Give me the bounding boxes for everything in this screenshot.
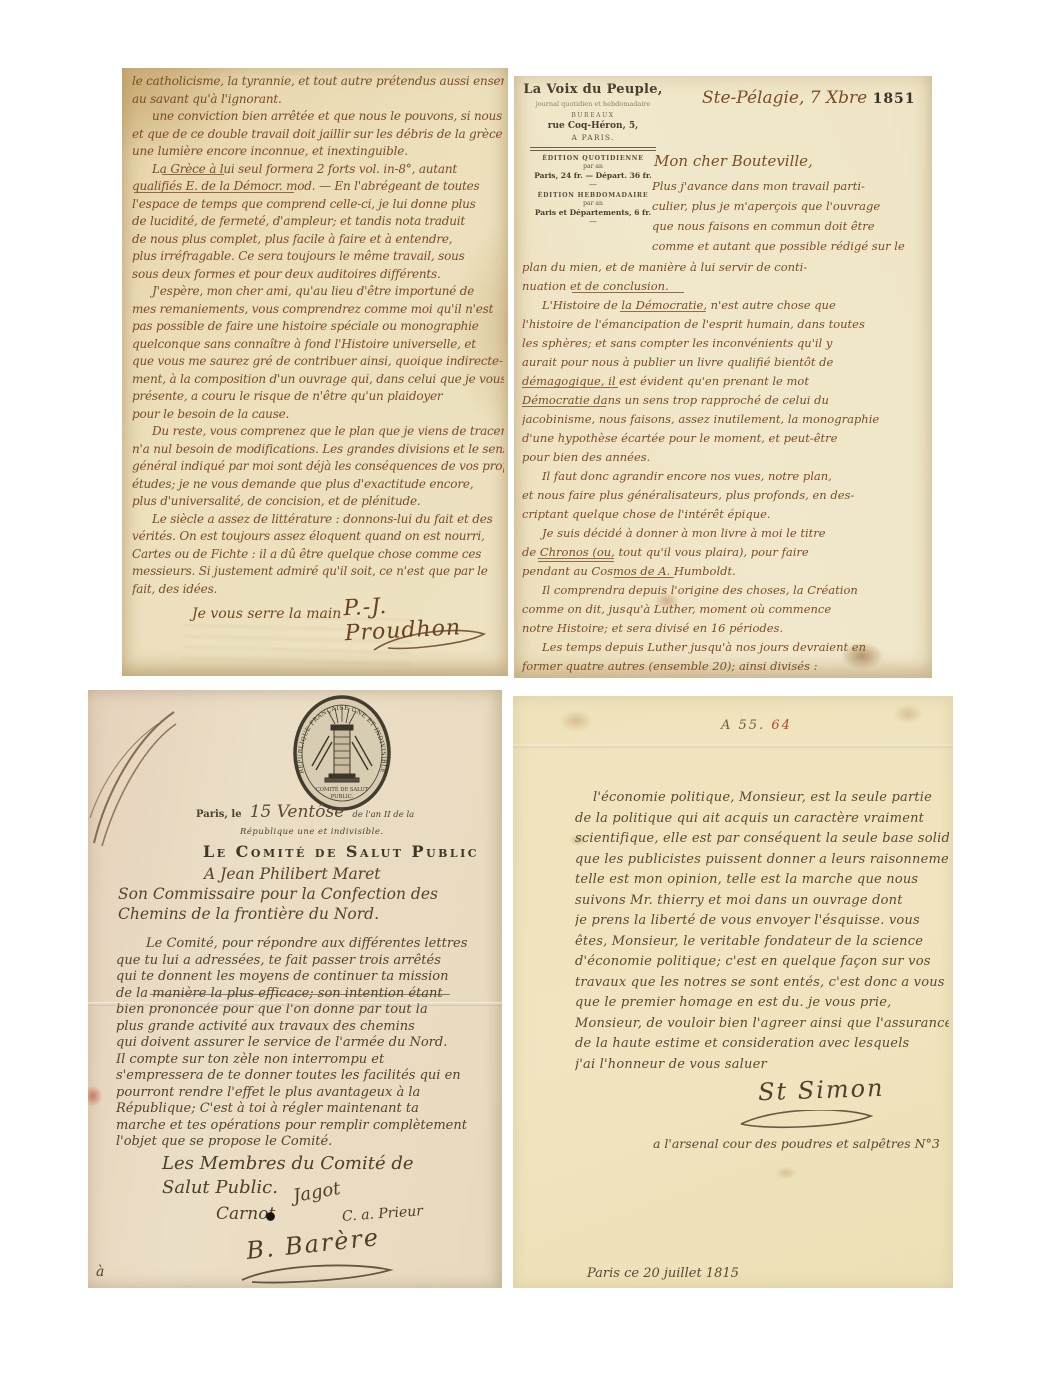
handwriting-line: suivons Mr. thierry et moi dans un ouvra… xyxy=(575,891,949,912)
handwriting-line: s'empressera de te donner toutes les fac… xyxy=(116,1068,496,1085)
handwriting-line: Il faut donc agrandir encore nos vues, n… xyxy=(522,467,926,486)
ink-bleedthrough xyxy=(182,616,412,668)
signature-flourish xyxy=(236,1262,396,1286)
newspaper-subtitle: journal quotidien et hebdomadaire xyxy=(522,100,664,108)
divider: — xyxy=(522,219,664,225)
handwriting-line: La Grèce à lui seul formera 2 forts vol.… xyxy=(132,161,504,179)
handwriting-line: qui doivent assurer le service de l'armé… xyxy=(116,1035,496,1052)
handwriting-line: criptant quelque chose de l'intérêt épiq… xyxy=(522,505,926,524)
handwriting-line: ment, à la composition d'un ouvrage qui,… xyxy=(132,371,504,389)
handwriting-line: une lumière encore inconnue, et inexting… xyxy=(132,143,504,161)
handwriting-line: études; je ne vous demande que plus d'ex… xyxy=(132,476,504,494)
archival-mark: A 55. 64 xyxy=(721,718,792,733)
handwriting-line: comme on dit, jusqu'à Luther, moment où … xyxy=(522,600,926,619)
handwriting-line: que nous faisons en commun doit être xyxy=(652,216,924,236)
handwriting-line: Il comprendra depuis l'origine des chose… xyxy=(522,581,926,600)
dateline-handwritten-date: 15 Ventôse xyxy=(250,802,345,822)
handwriting-line: que le premier homage en est du. je vous… xyxy=(575,993,949,1014)
scanned-documents-collage: le catholicisme, la tyrannie, et tout au… xyxy=(0,0,1040,1387)
handwriting-line: pendant au Cosmos de A. Humboldt. xyxy=(522,562,926,581)
signature: B. Barère xyxy=(245,1223,381,1265)
saint-simon-letter: A 55. 64 l'économie politique, Monsieur,… xyxy=(513,696,953,1288)
per-year-label: par an xyxy=(522,200,664,207)
ink-underline xyxy=(614,577,674,578)
handwriting-line: comme et autant que possible rédigé sur … xyxy=(652,236,924,256)
handwriting-line: scientifique, elle est par conséquent la… xyxy=(575,829,949,850)
handwriting-line: pour bien des années. xyxy=(522,448,926,467)
handwriting-line: je prens la liberté de vous envoyer l'és… xyxy=(575,911,949,932)
edition-daily-label: ÉDITION QUOTIDIENNE xyxy=(522,155,664,162)
opening-paragraph: Plus j'avance dans mon travail parti-cul… xyxy=(652,176,924,256)
handwriting-line: A Jean Philibert Maret xyxy=(118,864,490,884)
ink-underline xyxy=(572,292,684,293)
handwriting-line: plus irréfragable. Ce sera toujours le m… xyxy=(132,248,504,266)
handwriting-line: d'une hypothèse écartée pour le moment, … xyxy=(522,429,926,448)
archival-mark-number: 64 xyxy=(771,718,792,733)
ink-underline xyxy=(522,406,606,407)
handwriting-line: général indiqué par moi sont déjà les co… xyxy=(132,458,504,476)
fold-crease xyxy=(513,744,953,748)
handwriting-line: travaux que les notres se sont entés, c'… xyxy=(575,973,949,994)
handwriting-line: Le siècle a assez de littérature : donno… xyxy=(132,511,504,529)
handwriting-line: culier, plus je m'aperçois que l'ouvrage xyxy=(652,196,924,216)
handwriting-line: pas possible de faire une histoire spéci… xyxy=(132,318,504,336)
handwriting-line: le catholicisme, la tyrannie, et tout au… xyxy=(132,73,504,91)
handwriting-line: pour le besoin de la cause. xyxy=(132,406,504,424)
handwriting-line: quelconque sans connaître à fond l'Histo… xyxy=(132,336,504,354)
handwriting-line: jacobinisme, nous faisons, assez inutile… xyxy=(522,410,926,429)
handwriting-line: notre Histoire; et sera divisé en 16 pér… xyxy=(522,619,926,638)
stain xyxy=(559,710,593,732)
dateline-year-stamp: 1851 xyxy=(873,91,916,107)
ink-blot xyxy=(266,1212,275,1221)
stain xyxy=(775,1166,797,1180)
dateline-suffix-2: République une et indivisible. xyxy=(240,827,384,837)
handwriting-line: Du reste, vous comprenez que le plan que… xyxy=(132,423,504,441)
signature: C. a. Prieur xyxy=(342,1203,424,1225)
letter-body: Le Comité, pour répondre aux différentes… xyxy=(116,936,496,1151)
printed-dateline: Paris, le 15 Ventôse de l'an II de la xyxy=(196,802,476,822)
handwriting-line: Cartes ou de Fichte : il a dû être quelq… xyxy=(132,546,504,564)
handwriting-line: l'espace de temps que comprend celle-ci,… xyxy=(132,196,504,214)
handwriting-line: l'histoire de l'émancipation de l'esprit… xyxy=(522,315,926,334)
handwriting-line: plan du mien, et de manière à lui servir… xyxy=(522,258,926,277)
handwriting-line: République; C'est à toi à régler mainten… xyxy=(116,1101,496,1118)
ink-underline xyxy=(134,192,294,193)
ink-underline xyxy=(162,174,224,175)
voix-du-peuple-letterhead: La Voix du Peuple, journal quotidien et … xyxy=(522,82,664,225)
bureau-address: rue Coq-Héron, 5, xyxy=(522,121,664,131)
signature-flourish xyxy=(737,1110,877,1134)
handwriting-line: Chemins de la frontière du Nord. xyxy=(118,904,490,924)
recipient-address-block: A Jean Philibert MaretSon Commissaire po… xyxy=(118,864,490,924)
handwriting-line: telle est mon opinion, telle est la marc… xyxy=(575,870,949,891)
handwriting-line: que vous me saurez gré de contribuer ain… xyxy=(132,353,504,371)
handwriting-line: de nous plus complet, plus facile à fair… xyxy=(132,231,504,249)
ink-underline xyxy=(538,561,614,562)
pen-flourish xyxy=(88,698,178,848)
ink-strikethrough xyxy=(150,994,450,995)
comite-seal-icon: RÉPUBLIQUE FRANÇAISE UNE ET INDIVISIBLE … xyxy=(292,694,392,812)
ink-underline xyxy=(522,387,618,388)
handwriting-line: Il compte sur ton zèle non interrompu et xyxy=(116,1052,496,1069)
handwriting-line: une conviction bien arrêtée et que nous … xyxy=(132,108,504,126)
handwriting-line: plus grande activité aux travaux des che… xyxy=(116,1019,496,1036)
archival-mark-letter: A 55. xyxy=(721,718,765,733)
handwriting-line: êtes, Monsieur, le veritable fondateur d… xyxy=(575,932,949,953)
handwriting-line: au savant qu'à l'ignorant. xyxy=(132,91,504,109)
svg-text:COMITÉ DE SALUT: COMITÉ DE SALUT xyxy=(316,785,369,793)
edition-weekly-label: ÉDITION HEBDOMADAIRE xyxy=(522,192,664,199)
handwriting-line: de lucidité, de fermeté, d'ampleur; et t… xyxy=(132,213,504,231)
weekly-prices: Paris et Départements, 6 fr. xyxy=(522,208,664,217)
handwriting-line: j'ai l'honneur de vous saluer xyxy=(575,1055,949,1076)
handwriting-line: pourront rendre l'effet le plus avantage… xyxy=(116,1085,496,1102)
ink-underline xyxy=(538,558,614,559)
handwriting-line: que les publicistes puissent donner a le… xyxy=(575,850,949,871)
handwriting-line: Les temps depuis Luther jusqu'à nos jour… xyxy=(522,638,926,657)
handwriting-line: Je suis décidé à donner à mon livre à mo… xyxy=(522,524,926,543)
handwriting-line: et nous faire plus généralisateurs, plus… xyxy=(522,486,926,505)
per-year-label: par an xyxy=(522,163,664,170)
divider xyxy=(530,147,656,151)
handwriting-line: sous deux formes et pour deux auditoires… xyxy=(132,266,504,284)
salutation: Mon cher Bouteville, xyxy=(654,152,813,170)
dateline-suffix: de l'an II de la xyxy=(352,810,414,820)
ink-underline xyxy=(620,311,706,312)
fold-crease xyxy=(88,1002,502,1006)
handwriting-line: L'Histoire de la Démocratie, n'est autre… xyxy=(522,296,926,315)
dateline: Ste-Pélagie, 7 Xbre 1851 xyxy=(702,88,926,108)
dateline-prefix: Paris, le xyxy=(196,809,242,820)
divider: — xyxy=(522,182,664,188)
handwriting-line: que tu lui a adressées, te fait passer t… xyxy=(116,953,496,970)
handwriting-line: l'économie politique, Monsieur, est la s… xyxy=(575,788,949,809)
handwriting-line: n'a nul besoin de modifications. Les gra… xyxy=(132,441,504,459)
newspaper-title: La Voix du Peuple, xyxy=(522,82,664,97)
daily-prices: Paris, 24 fr. — Départ. 36 fr. xyxy=(522,171,664,180)
handwriting-line: et que de ce double travail doit jaillir… xyxy=(132,126,504,144)
handwriting-line: l'objet que se propose le Comité. xyxy=(116,1134,496,1151)
dateline-place: Ste-Pélagie, 7 Xbre xyxy=(702,88,867,108)
margin-note: à xyxy=(96,1264,104,1280)
handwriting-line: former quatre autres (ensemble 20); ains… xyxy=(522,657,926,676)
proudhon-letter-left-page: le catholicisme, la tyrannie, et tout au… xyxy=(122,68,508,676)
handwriting-line: présente, a couru le risque de n'être qu… xyxy=(132,388,504,406)
handwriting-line: d'économie politique; c'est en quelque f… xyxy=(575,952,949,973)
handwriting-line: Monsieur, de vouloir bien l'agreer ainsi… xyxy=(575,1014,949,1035)
signature-saint-simon: St Simon xyxy=(758,1074,885,1106)
handwriting-line: aurait pour nous à publier un livre qual… xyxy=(522,353,926,372)
letter-body: l'économie politique, Monsieur, est la s… xyxy=(575,788,949,1075)
handwriting-line: Le Comité, pour répondre aux différentes… xyxy=(116,936,496,953)
handwriting-line: les sphères; et sans compter les inconvé… xyxy=(522,334,926,353)
handwriting-line: messieurs. Si justement admiré qu'il soi… xyxy=(132,563,504,581)
handwriting-line: Son Commissaire pour la Confection des xyxy=(118,884,490,904)
handwriting-line: qui te donnent les moyens de continuer t… xyxy=(116,969,496,986)
bottom-dateline: Paris ce 20 juillet 1815 xyxy=(587,1266,739,1281)
stain xyxy=(893,704,923,724)
handwriting-line: J'espère, mon cher ami, qu'au lieu d'êtr… xyxy=(132,283,504,301)
handwriting-line: de la haute estime et consideration avec… xyxy=(575,1034,949,1055)
handwritten-text-block: le catholicisme, la tyrannie, et tout au… xyxy=(132,73,504,598)
proudhon-letter-right-page: La Voix du Peuple, journal quotidien et … xyxy=(514,76,932,678)
letter-body: plan du mien, et de manière à lui servir… xyxy=(522,258,926,676)
handwriting-line: mes remaniements, vous comprendrez comme… xyxy=(132,301,504,319)
handwriting-line: de la politique qui ait acquis un caract… xyxy=(575,809,949,830)
stain xyxy=(88,1086,102,1106)
comite-salut-public-document: RÉPUBLIQUE FRANÇAISE UNE ET INDIVISIBLE … xyxy=(88,690,502,1288)
handwriting-line: plus d'universalité, de concision, et de… xyxy=(132,493,504,511)
comite-heading: Le Comité de Salut Public xyxy=(200,842,482,861)
bureaux-label: BUREAUX xyxy=(522,112,664,119)
handwriting-line: Plus j'avance dans mon travail parti- xyxy=(652,176,924,196)
handwriting-line: marche et tes opérations pour remplir co… xyxy=(116,1118,496,1135)
svg-text:PUBLIC.: PUBLIC. xyxy=(331,794,354,800)
sender-address-line: a l'arsenal cour des poudres et salpêtre… xyxy=(653,1136,940,1151)
handwriting-line: vérités. On est toujours assez éloquent … xyxy=(132,528,504,546)
bureau-city: A PARIS. xyxy=(522,133,664,142)
